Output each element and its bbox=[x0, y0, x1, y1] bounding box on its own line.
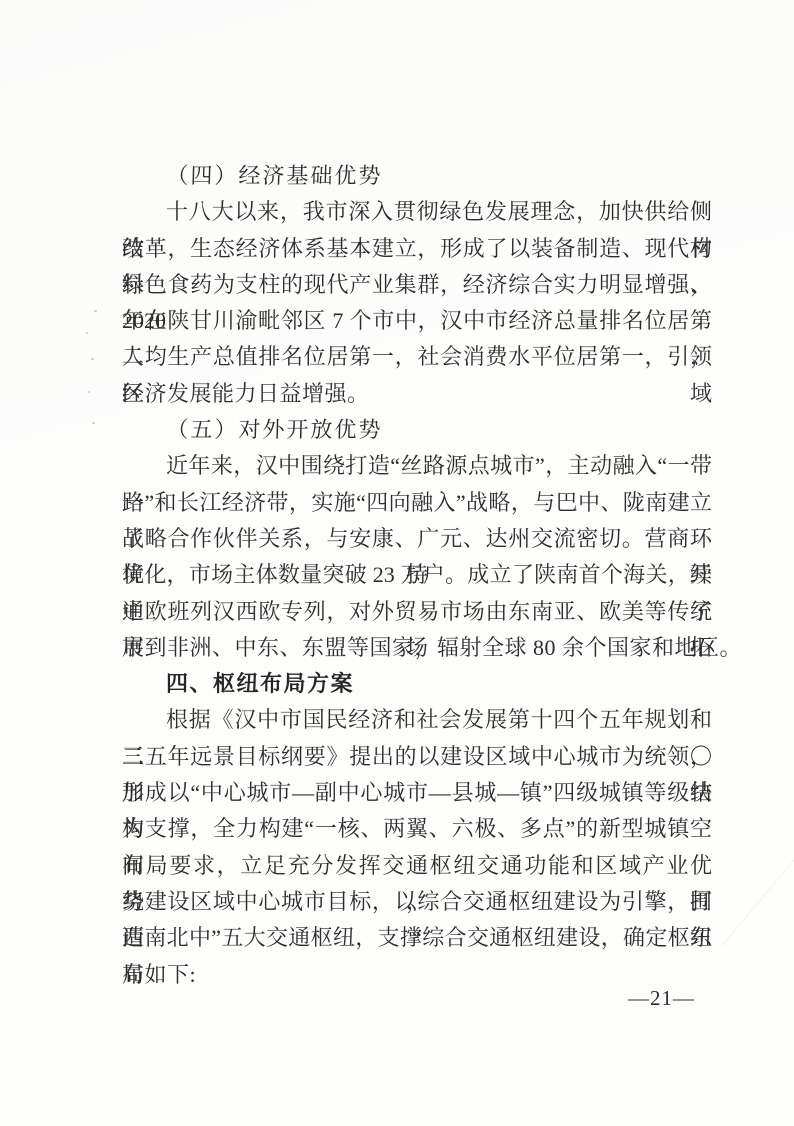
body-line: 改革，生态经济体系基本建立，形成了以装备制造、现代材料、 bbox=[122, 231, 712, 267]
scan-speck bbox=[94, 310, 97, 312]
body-line: 绕建设区域中心城市目标，以综合交通枢纽建设为引擎，打造“东 bbox=[122, 884, 712, 920]
scan-crease bbox=[721, 854, 794, 947]
body-line: 局如下: bbox=[122, 957, 712, 993]
body-line: 根据《汉中市国民经济和社会发展第十四个五年规划和二〇 bbox=[122, 702, 712, 738]
body-line: 为支撑，全力构建“一核、两翼、六极、多点”的新型城镇空间 bbox=[122, 811, 712, 847]
scanned-document-page: （四）经济基础优势十八大以来，我市深入贯彻绿色发展理念，加快供给侧结构改革，生态… bbox=[0, 0, 794, 1126]
page-number: —21— bbox=[628, 988, 695, 1009]
scan-speck bbox=[92, 422, 95, 424]
body-line: 绿色食药为支柱的现代产业集群，经济综合实力明显增强，2020 bbox=[122, 267, 712, 303]
body-line: 西南北中”五大交通枢纽，支撑综合交通枢纽建设，确定枢纽布 bbox=[122, 920, 712, 956]
body-line: 战略合作伙伴关系，与安康、广元、达州交流密切。营商环境持续 bbox=[122, 521, 712, 557]
body-line: 中欧班列汉西欧专列，对外贸易市场由东南亚、欧美等传统市场拓 bbox=[122, 594, 712, 630]
body-line: 布局要求，立足充分发挥交通枢纽交通功能和区域产业优势，围 bbox=[122, 848, 712, 884]
body-line: 三五年远景目标纲要》提出的以建设区域中心城市为统领，加快 bbox=[122, 739, 712, 775]
body-line: 展到非洲、中东、东盟等国家，辐射全球 80 余个国家和地区。 bbox=[122, 630, 712, 666]
subsection-heading-5: （五）对外开放优势 bbox=[122, 412, 713, 448]
body-line: 路”和长江经济带，实施“四向融入”战略，与巴中、陇南建立了 bbox=[122, 485, 712, 521]
body-line: 形成以“中心城市—副中心城市—县城—镇”四级城镇等级结构 bbox=[122, 775, 712, 811]
body-line: 人均生产总值排名位居第一，社会消费水平位居第一，引领区域 bbox=[122, 339, 712, 375]
scan-speck bbox=[88, 391, 90, 393]
body-line: 年在陕甘川渝毗邻区 7 个市中，汉中市经济总量排名位居第二， bbox=[122, 303, 712, 339]
section-heading: 四、枢纽布局方案 bbox=[122, 666, 712, 702]
body-line: 近年来，汉中围绕打造“丝路源点城市”，主动融入“一带一 bbox=[122, 448, 712, 484]
scan-speck bbox=[86, 332, 88, 334]
body-line: 十八大以来，我市深入贯彻绿色发展理念，加快供给侧结构 bbox=[122, 194, 712, 230]
scan-speck bbox=[91, 358, 94, 360]
document-text-block: （四）经济基础优势十八大以来，我市深入贯彻绿色发展理念，加快供给侧结构改革，生态… bbox=[122, 158, 712, 993]
subsection-heading-4: （四）经济基础优势 bbox=[122, 158, 713, 194]
body-line: 优化，市场主体数量突破 23 万户。成立了陕南首个海关，开通了 bbox=[122, 557, 712, 593]
